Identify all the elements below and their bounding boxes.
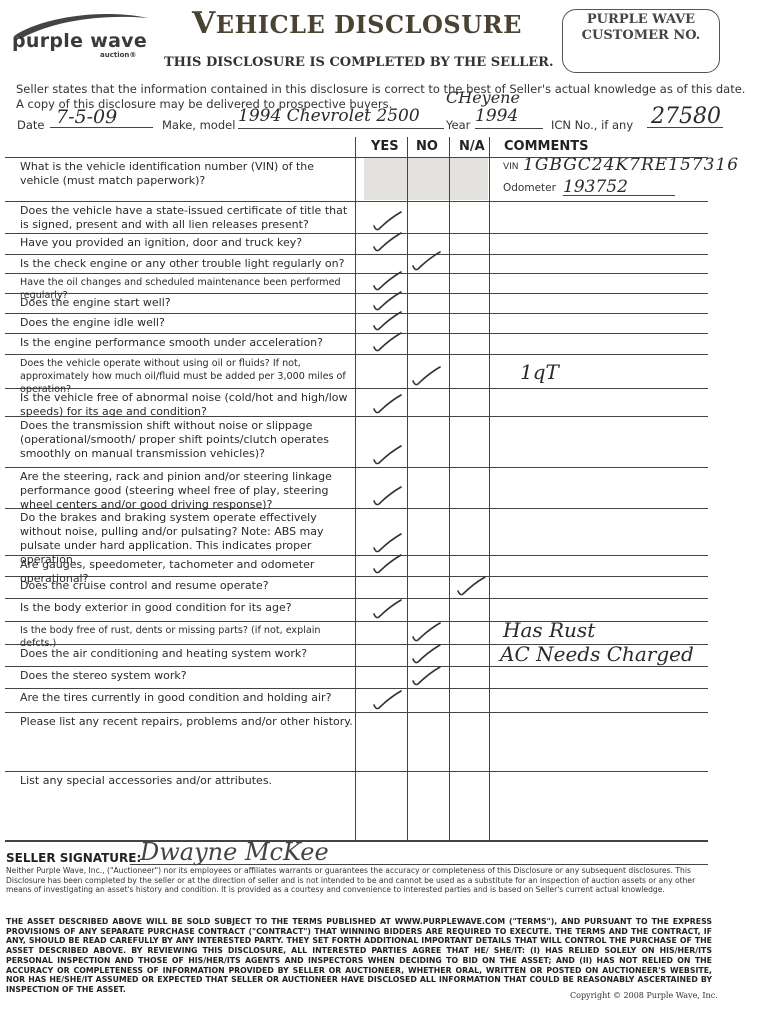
- page-title: VEHICLE DISCLOSURE: [192, 6, 522, 41]
- checkmark-yes-icon[interactable]: [371, 209, 407, 231]
- table-row-divider: [5, 254, 708, 255]
- title-initial: V: [192, 6, 216, 41]
- checkmark-yes-icon[interactable]: [371, 230, 407, 252]
- question-2: Does the vehicle have a state-issued cer…: [20, 204, 355, 232]
- checkmark-yes-icon[interactable]: [371, 531, 407, 553]
- checkmark-yes-icon[interactable]: [371, 688, 407, 710]
- table-row-divider: [5, 157, 708, 158]
- odometer-field[interactable]: 193752: [563, 177, 675, 196]
- header-no: NO: [416, 139, 438, 154]
- question-19: Does the stereo system work?: [20, 669, 355, 683]
- header-comments: COMMENTS: [504, 139, 588, 154]
- table-row-divider: [5, 201, 708, 202]
- customer-box-label-2: CUSTOMER NO.: [563, 28, 719, 44]
- copyright-text: Copyright © 2008 Purple Wave, Inc.: [570, 991, 718, 1000]
- question-1: What is the vehicle identification numbe…: [20, 160, 355, 188]
- seller-signature-field[interactable]: Dwayne McKee: [140, 838, 329, 866]
- table-row-divider: [5, 688, 708, 689]
- question-15: Does the cruise control and resume opera…: [20, 579, 355, 593]
- logo-text: purple wave: [12, 30, 147, 52]
- table-row-divider: [5, 666, 708, 667]
- header-na: N/A: [459, 139, 485, 154]
- checkmark-no-icon[interactable]: [410, 664, 446, 686]
- disclaimer-text: Neither Purple Wave, Inc., ("Auctioneer"…: [6, 866, 712, 895]
- date-label: Date: [17, 118, 45, 132]
- table-column-divider-cm: [489, 137, 490, 840]
- vin-field[interactable]: 1GBGC24K7RE157316: [523, 155, 739, 175]
- signature-line: [130, 864, 708, 865]
- question-21: Please list any recent repairs, problems…: [20, 715, 355, 729]
- seller-signature-label: SELLER SIGNATURE:: [6, 851, 141, 865]
- icn-field[interactable]: 27580: [647, 104, 723, 128]
- checkmark-na-icon[interactable]: [455, 574, 491, 596]
- year-field[interactable]: 1994: [475, 106, 543, 129]
- comment-17[interactable]: Has Rust: [503, 618, 595, 642]
- page-subtitle: THIS DISCLOSURE IS COMPLETED BY THE SELL…: [164, 55, 554, 70]
- table-row-divider: [5, 771, 708, 772]
- year-label: Year: [446, 118, 470, 132]
- checkmark-yes-icon[interactable]: [371, 309, 407, 331]
- customer-number-box[interactable]: PURPLE WAVE CUSTOMER NO.: [562, 9, 720, 73]
- checkmark-no-icon[interactable]: [410, 249, 446, 271]
- table-row-divider: [5, 354, 708, 355]
- checkmark-yes-icon[interactable]: [371, 484, 407, 506]
- header-yes: YES: [371, 139, 399, 154]
- checkmark-no-icon[interactable]: [410, 642, 446, 664]
- checkmark-yes-icon[interactable]: [371, 269, 407, 291]
- question-11: Does the transmission shift without nois…: [20, 419, 355, 461]
- table-row-divider: [5, 467, 708, 468]
- question-7: Does the engine idle well?: [20, 316, 355, 330]
- vin-row-shaded-cells: [364, 157, 488, 200]
- checkmark-yes-icon[interactable]: [371, 330, 407, 352]
- table-row-divider: [5, 333, 708, 334]
- table-row-divider: [5, 598, 708, 599]
- customer-box-label-1: PURPLE WAVE: [563, 12, 719, 28]
- terms-text: THE ASSET DESCRIBED ABOVE WILL BE SOLD S…: [6, 917, 712, 995]
- checkmark-no-icon[interactable]: [410, 620, 446, 642]
- table-row-divider: [5, 621, 708, 622]
- intro-line-1: Seller states that the information conta…: [16, 82, 756, 97]
- comment-18[interactable]: AC Needs Charged: [500, 642, 694, 666]
- purple-wave-logo: purple wave auction®: [10, 10, 160, 60]
- logo-subtext: auction®: [100, 51, 136, 59]
- checkmark-yes-icon[interactable]: [371, 552, 407, 574]
- table-row-divider: [5, 233, 708, 234]
- title-rest: EHICLE DISCLOSURE: [216, 10, 522, 39]
- table-column-divider-yes: [355, 137, 356, 840]
- icn-label: ICN No., if any: [551, 118, 633, 132]
- question-8: Is the engine performance smooth under a…: [20, 336, 355, 350]
- question-4: Is the check engine or any other trouble…: [20, 257, 355, 271]
- checkmark-yes-icon[interactable]: [371, 443, 407, 465]
- question-22: List any special accessories and/or attr…: [20, 774, 355, 788]
- make-model-extra: CHeyene: [446, 88, 520, 107]
- odometer-label: Odometer: [503, 182, 556, 194]
- date-field[interactable]: 7-5-09: [50, 106, 153, 128]
- table-column-divider-na: [449, 137, 450, 840]
- comment-9[interactable]: 1qT: [520, 360, 559, 384]
- table-row-divider: [5, 712, 708, 713]
- question-10: Is the vehicle free of abnormal noise (c…: [20, 391, 355, 419]
- question-18: Does the air conditioning and heating sy…: [20, 647, 355, 661]
- make-model-label: Make, model: [162, 118, 235, 132]
- question-20: Are the tires currently in good conditio…: [20, 691, 355, 705]
- checkmark-yes-icon[interactable]: [371, 597, 407, 619]
- question-3: Have you provided an ignition, door and …: [20, 236, 355, 250]
- question-16: Is the body exterior in good condition f…: [20, 601, 355, 615]
- checkmark-yes-icon[interactable]: [371, 289, 407, 311]
- table-row-divider: [5, 273, 708, 274]
- question-12: Are the steering, rack and pinion and/or…: [20, 470, 355, 512]
- make-model-field[interactable]: 1994 Chevrolet 2500: [238, 106, 444, 129]
- table-column-divider-no: [407, 137, 408, 840]
- vin-label: VIN: [503, 162, 519, 172]
- checkmark-no-icon[interactable]: [410, 364, 446, 386]
- question-6: Does the engine start well?: [20, 296, 355, 310]
- table-row-divider: [5, 840, 708, 842]
- table-row-divider: [5, 313, 708, 314]
- checkmark-yes-icon[interactable]: [371, 392, 407, 414]
